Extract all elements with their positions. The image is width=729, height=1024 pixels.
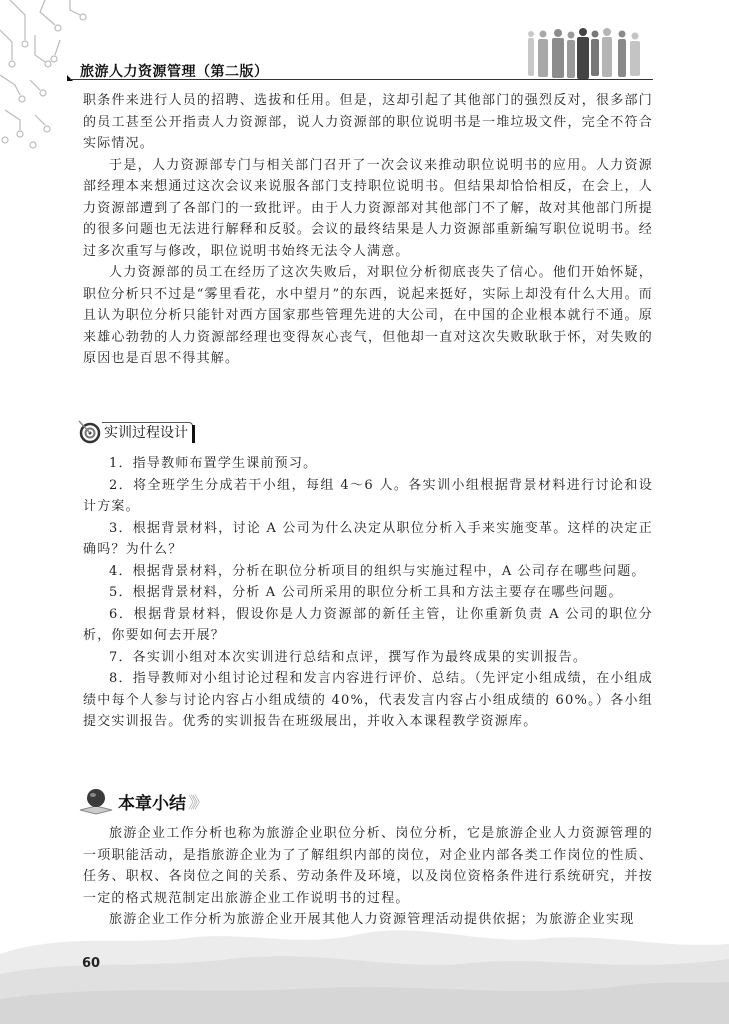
list-item: 7．各实训小组对本次实训进行总结和点评，撰写作为最终成果的实训报告。 [83,647,653,669]
case-text-block: 职条件来进行人员的招聘、选拔和任用。但是，这却引起了其他部门的强烈反对，很多部门… [83,90,653,370]
list-item: 6．根据背景材料，假设你是人力资源部的新任主管，让你重新负责 A 公司的职位分析… [83,604,653,647]
circuit-decoration-icon [0,0,90,150]
paragraph: 人力资源部的员工在经历了这次失败后，对职位分析彻底丧失了信心。他们开始怀疑，职位… [83,262,653,370]
running-header-title: 旅游人力资源管理（第二版） [80,61,269,81]
mountain-landscape-decoration [0,914,729,1024]
list-item: 1．指导教师布置学生课前预习。 [83,453,653,475]
list-item: 8．指导教师对小组讨论过程和发言内容进行评价、总结。（先评定小组成绩，在小组成绩… [83,668,653,733]
section-title: 本章小结 [118,789,186,814]
paragraph: 旅游企业工作分析也称为旅游企业职位分析、岗位分析，它是旅游企业人力资源管理的一项… [83,823,653,909]
page-number: 60 [82,956,100,971]
list-item: 5．根据背景材料，分析 A 公司所采用的职位分析工具和方法主要存在哪些问题。 [83,582,653,604]
section-heading-training: 实训过程设计 [78,420,193,444]
paragraph: 于是，人力资源部专门与相关部门召开了一次会议来推动职位说明书的应用。人力资源部经… [83,155,653,263]
section-title: 实训过程设计 [102,422,193,443]
list-item: 2．将全班学生分成若干小组，每组 4～6 人。各实训小组根据背景材料进行讨论和设… [83,475,653,518]
training-steps-list: 1．指导教师布置学生课前预习。 2．将全班学生分成若干小组，每组 4～6 人。各… [83,453,653,733]
paragraph: 职条件来进行人员的招聘、选拔和任用。但是，这却引起了其他部门的强烈反对，很多部门… [83,90,653,155]
globe-book-icon [78,786,114,816]
list-item: 3．根据背景材料，讨论 A 公司为什么决定从职位分析入手来实施变革。这样的决定正… [83,518,653,561]
people-silhouettes-icon [525,28,660,80]
header-corner-mark [67,75,73,81]
section-heading-summary: 本章小结 》》 [78,786,204,816]
target-icon [78,420,102,444]
list-item: 4．根据背景材料，分析在职位分析项目的组织与实施过程中，A 公司存在哪些问题。 [83,561,653,583]
double-chevron-icon: 》》 [188,790,204,813]
